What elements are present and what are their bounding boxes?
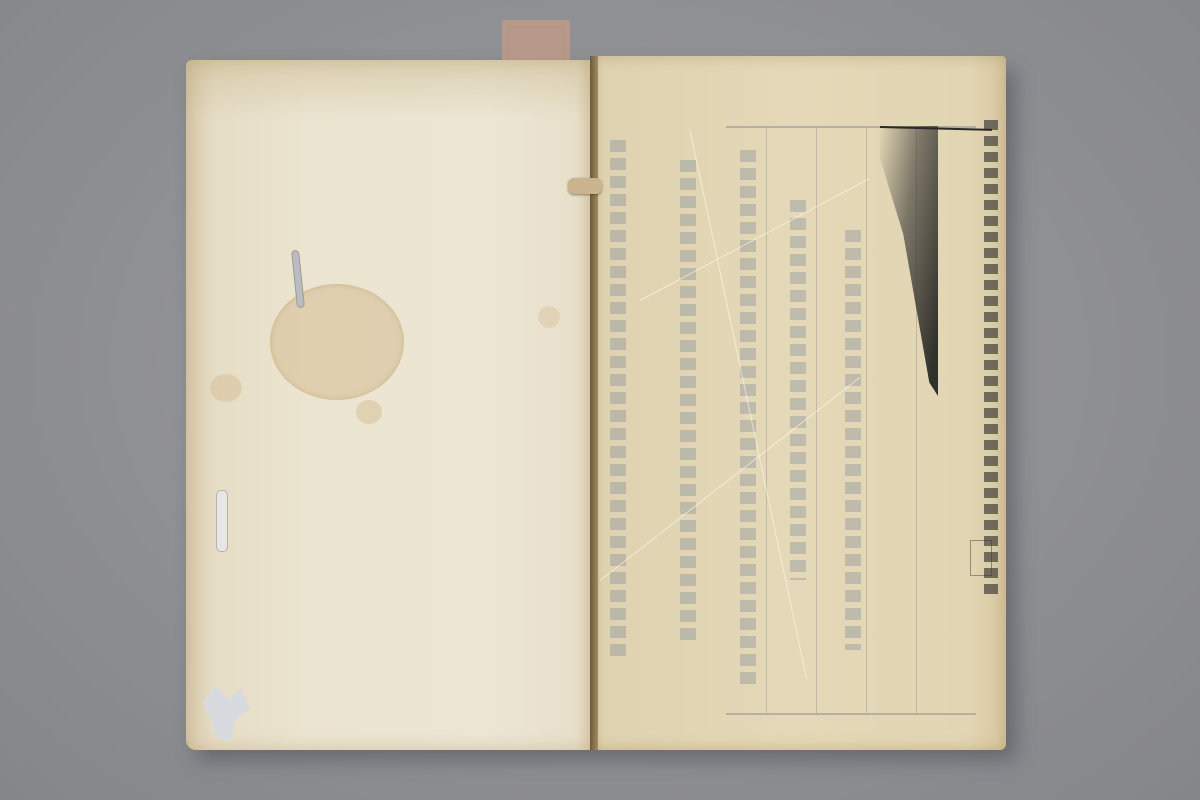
water-stain-large [270,284,404,400]
edge-printed-text [984,120,998,600]
water-stain-small [538,306,560,328]
column-rule [816,128,817,713]
worm-hole [216,490,228,552]
bleed-through-text [790,200,806,580]
water-stain-small [210,374,242,402]
bleed-through-text [740,150,756,690]
spine-tie [568,178,602,194]
column-rule [866,128,867,713]
column-rule [766,128,767,713]
book-gutter [590,56,598,750]
bleed-through-text [680,160,696,640]
bleed-through-text [610,140,626,660]
torn-corner [202,686,250,742]
water-stain-small [356,400,382,424]
left-cover-page: Inner cover (blank) [186,60,592,750]
page-marker [970,540,992,576]
bleed-through-text [845,230,861,650]
